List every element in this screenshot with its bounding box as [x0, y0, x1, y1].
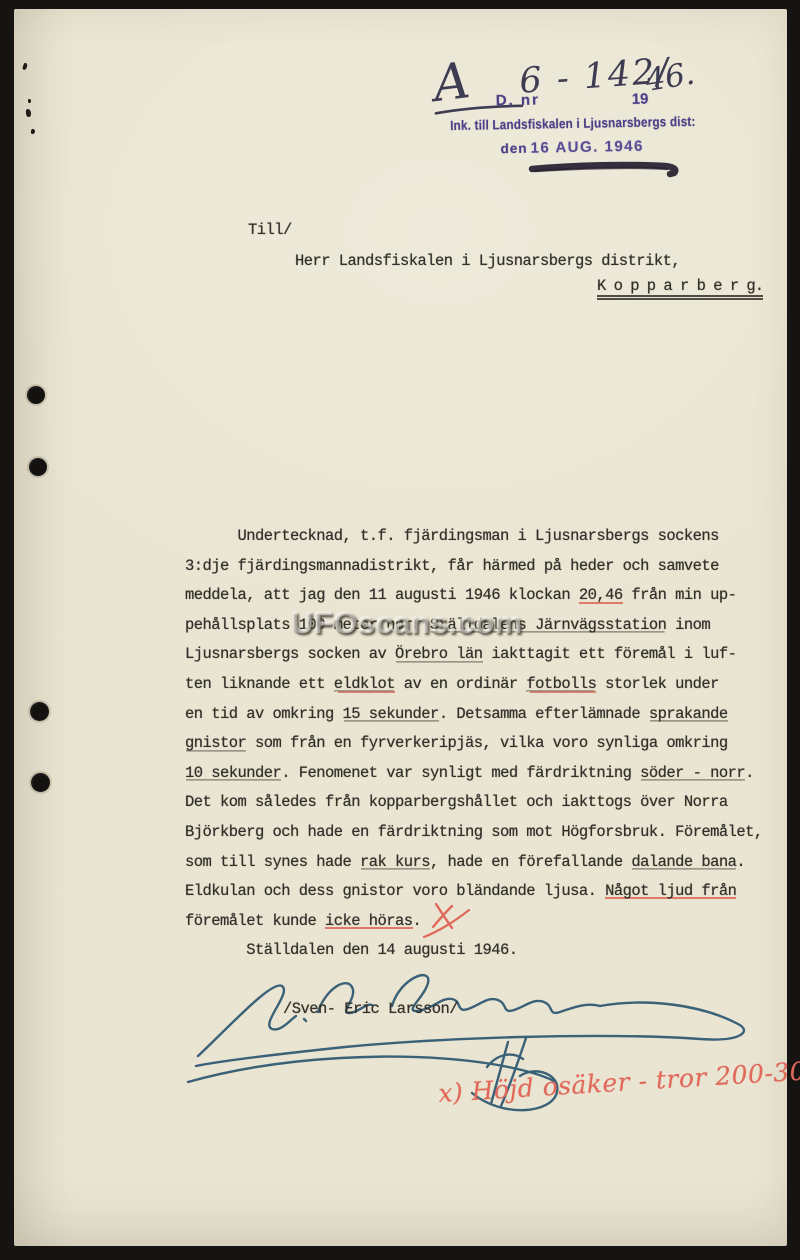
watermark: UFOscans.com [291, 605, 523, 641]
handwritten-year: 46. [643, 56, 697, 99]
body-line: Det kom således från kopparbergshållet o… [185, 788, 763, 818]
punch-hole [29, 458, 47, 476]
punch-hole [31, 773, 50, 792]
body-line: Ljusnarsbergs socken av Örebro län iaktt… [185, 640, 763, 670]
punch-hole [30, 702, 49, 721]
stamp-year-prefix: 19 [632, 91, 649, 108]
scanned-letter-page: A D. nr 6 - 142/ 19 46. Ink. till Landsf… [0, 0, 800, 1260]
typed-signature-name: /Sven- Eric Larsson/ [283, 1000, 458, 1018]
recipient-line: Herr Landsfiskalen i Ljusnarsbergs distr… [295, 252, 680, 270]
stamp-date-label: den [500, 141, 527, 156]
body-line: Björkberg och hade en färdriktning som m… [185, 818, 763, 848]
footnote-x-mark [421, 897, 475, 941]
body-line: som till synes hade rak kurs, hade en fö… [185, 848, 763, 878]
stamp-received-line: Ink. till Landsfiskalen i Ljusnarsbergs … [450, 114, 696, 133]
body-line: ten liknande ett eldklot av en ordinär f… [185, 670, 763, 700]
body-line: 3:dje fjärdingsmannadistrikt, får härmed… [185, 552, 763, 582]
body-line: Undertecknad, t.f. fjärdingsman i Ljusna… [185, 522, 763, 552]
staple-mark [28, 99, 31, 103]
body-line: gnistor som från en fyrverkeripjäs, vilk… [185, 729, 763, 759]
body-line: 10 sekunder. Fenomenet var synligt med f… [185, 759, 763, 789]
punch-hole [27, 386, 45, 404]
city-line: K o p p a r b e r g. [597, 277, 763, 300]
body-line: en tid av omkring 15 sekunder. Detsamma … [185, 700, 763, 730]
salutation: Till/ [248, 221, 292, 239]
stamp-date: 16 AUG. 1946 [530, 138, 644, 157]
pen-strike-line [526, 158, 686, 180]
